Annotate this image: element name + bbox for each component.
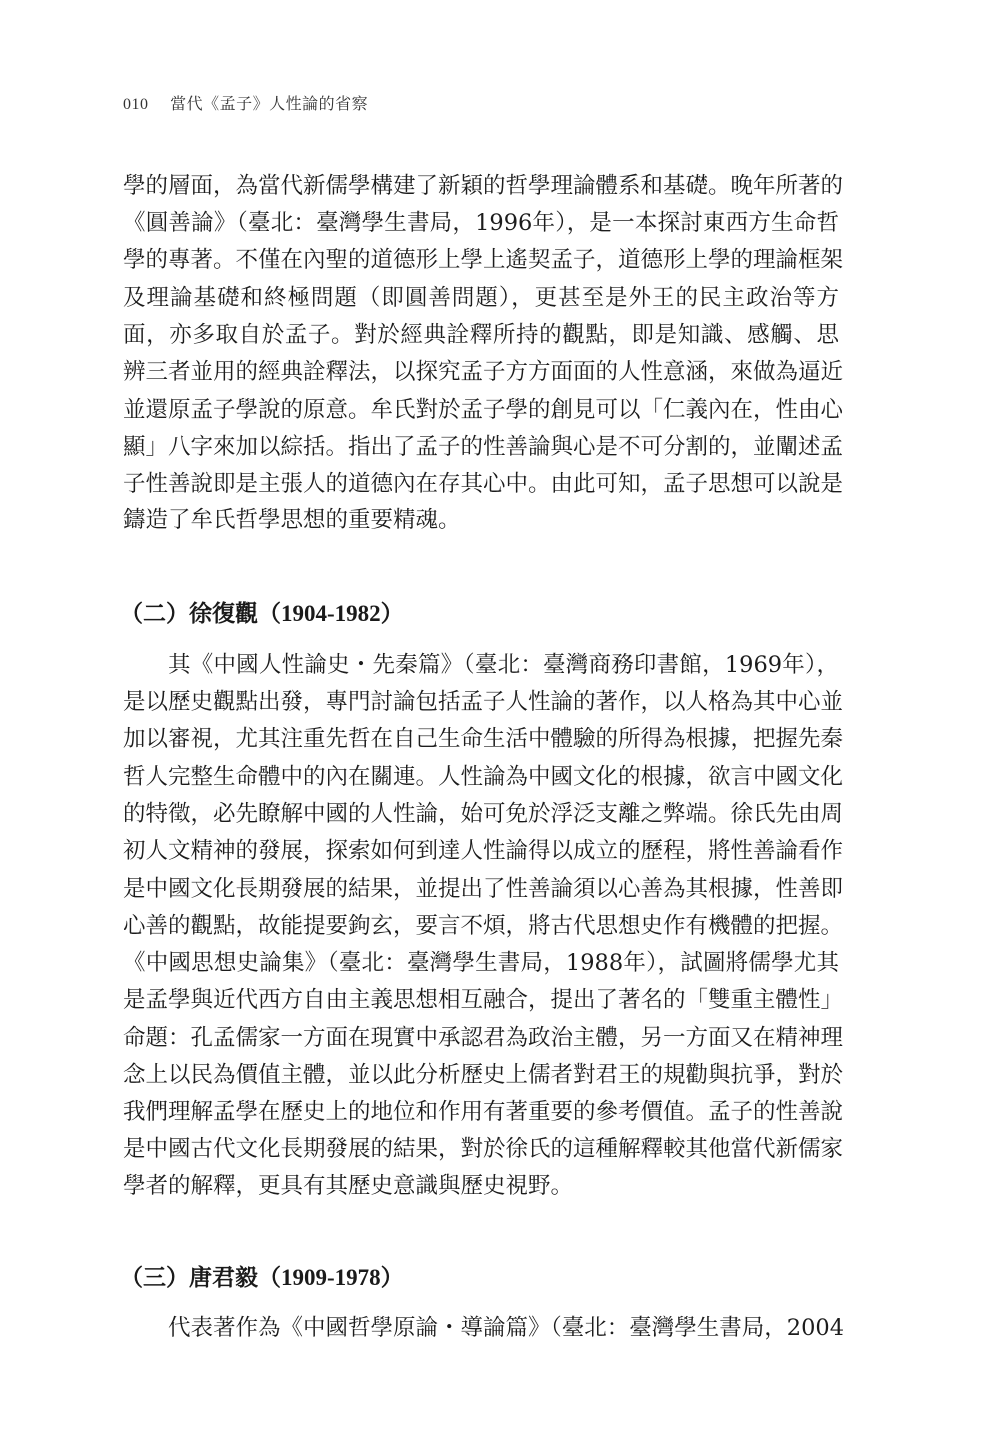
text-line: 其《中國人性論史・先秦篇》（臺北：臺灣商務印書館，1969年）， — [168, 650, 839, 680]
text-line: 《圓善論》（臺北：臺灣學生書局，1996年），是一本探討東西方生命哲 — [123, 208, 839, 238]
text-line: 命題：孔孟儒家一方面在現實中承認君為政治主體，另一方面又在精神理 — [123, 1023, 839, 1053]
heading-prefix: （三）唐君毅（ — [120, 1264, 281, 1291]
text-line: 學的層面，為當代新儒學構建了新穎的哲學理論體系和基礎。晚年所著的 — [123, 171, 839, 201]
text-line: 顯」八字來加以綜括。指出了孟子的性善論與心是不可分割的，並闡述孟 — [123, 432, 839, 462]
page-number: 010 — [123, 96, 149, 113]
running-header: 010 當代《孟子》人性論的省察 — [123, 91, 368, 114]
text-line: 面，亦多取自於孟子。對於經典詮釋所持的觀點，即是知識、感觸、思 — [123, 320, 839, 350]
text-line: 加以審視，尤其注重先哲在自己生命生活中體驗的所得為根據，把握先秦 — [123, 724, 839, 754]
text-line: 哲人完整生命體中的內在關連。人性論為中國文化的根據，欲言中國文化 — [123, 762, 839, 792]
text-line: 《中國思想史論集》（臺北：臺灣學生書局，1988年），試圖將儒學尤其 — [123, 948, 839, 978]
text-line: 是以歷史觀點出發，專門討論包括孟子人性論的著作，以人格為其中心並 — [123, 687, 839, 717]
heading-years: 1909-1978 — [281, 1265, 381, 1290]
text-line: 是孟學與近代西方自由主義思想相互融合，提出了著名的「雙重主體性」 — [123, 985, 839, 1015]
section-heading-3: （三）唐君毅（1909-1978） — [120, 1259, 404, 1292]
text-line: 辨三者並用的經典詮釋法，以探究孟子方方面面的人性意涵，來做為逼近 — [123, 357, 839, 387]
section-heading-2: （二）徐復觀（1904-1982） — [120, 595, 404, 628]
heading-suffix: ） — [381, 1264, 404, 1291]
text-line: 代表著作為《中國哲學原論・導論篇》（臺北：臺灣學生書局，2004 — [168, 1313, 839, 1343]
text-line: 心善的觀點，故能提要鉤玄，要言不煩，將古代思想史作有機體的把握。 — [123, 911, 839, 941]
text-line: 是中國文化長期發展的結果，並提出了性善論須以心善為其根據，性善即 — [123, 874, 839, 904]
text-line: 是中國古代文化長期發展的結果，對於徐氏的這種解釋較其他當代新儒家 — [123, 1134, 839, 1164]
heading-suffix: ） — [381, 600, 404, 627]
text-line: 學者的解釋，更具有其歷史意識與歷史視野。 — [123, 1171, 839, 1201]
book-title: 當代《孟子》人性論的省察 — [170, 94, 368, 113]
heading-prefix: （二）徐復觀（ — [120, 600, 281, 627]
text-line: 及理論基礎和終極問題（即圓善問題），更甚至是外王的民主政治等方 — [123, 283, 839, 313]
text-line: 初人文精神的發展，探索如何到達人性論得以成立的歷程，將性善論看作 — [123, 836, 839, 866]
text-line: 的特徵，必先瞭解中國的人性論，始可免於浮泛支離之弊端。徐氏先由周 — [123, 799, 839, 829]
text-line: 鑄造了牟氏哲學思想的重要精魂。 — [123, 505, 839, 535]
text-line: 念上以民為價值主體，並以此分析歷史上儒者對君王的規勸與抗爭，對於 — [123, 1060, 839, 1090]
heading-years: 1904-1982 — [281, 601, 381, 626]
text-line: 我們理解孟學在歷史上的地位和作用有著重要的參考價值。孟子的性善說 — [123, 1097, 839, 1127]
text-line: 學的專著。不僅在內聖的道德形上學上遙契孟子，道德形上學的理論框架 — [123, 245, 839, 275]
text-line: 子性善說即是主張人的道德內在存其心中。由此可知，孟子思想可以說是 — [123, 469, 839, 499]
text-line: 並還原孟子學說的原意。牟氏對於孟子學的創見可以「仁義內在，性由心 — [123, 395, 839, 425]
